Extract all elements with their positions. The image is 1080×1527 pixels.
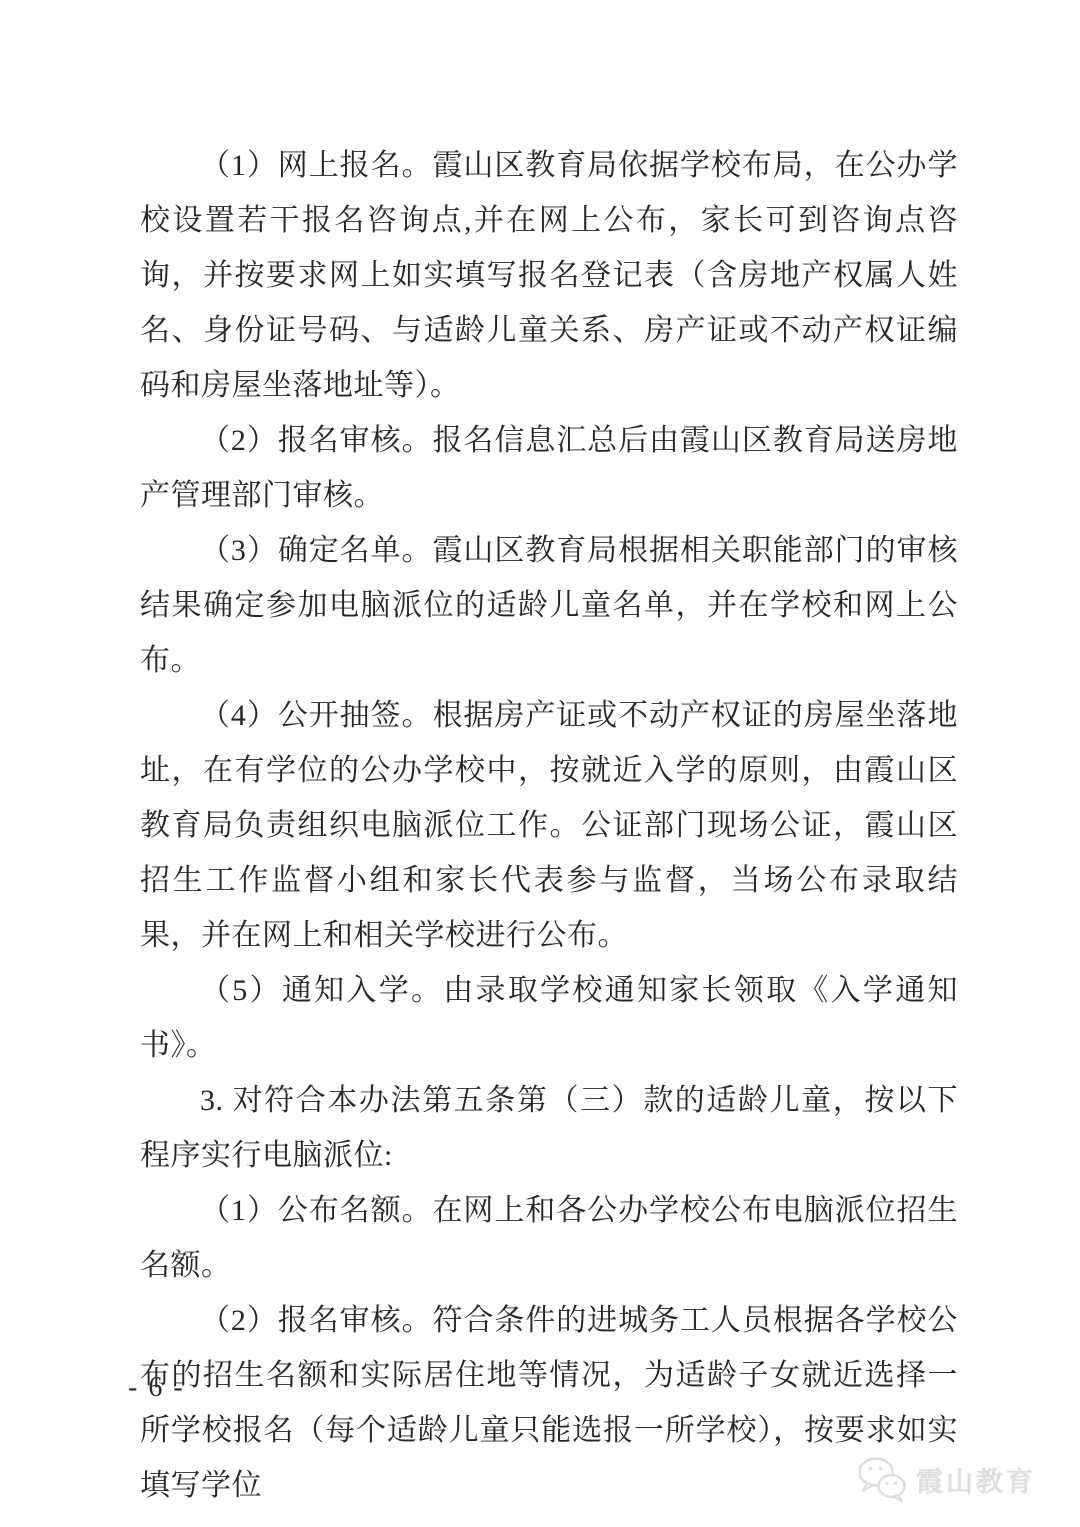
paragraph-public-lottery: （4）公开抽签。根据房产证或不动产权证的房屋坐落地址，在有学位的公办学校中，按就… bbox=[140, 688, 958, 963]
document-page: （1）网上报名。霞山区教育局依据学校布局，在公办学校设置若干报名咨询点,并在网上… bbox=[0, 0, 1080, 1527]
paragraph-online-registration: （1）网上报名。霞山区教育局依据学校布局，在公办学校设置若干报名咨询点,并在网上… bbox=[140, 138, 958, 413]
brand-watermark: 霞山教育 bbox=[856, 1455, 1036, 1503]
paragraph-confirm-list: （3）确定名单。霞山区教育局根据相关职能部门的审核结果确定参加电脑派位的适龄儿童… bbox=[140, 523, 958, 688]
brand-watermark-label: 霞山教育 bbox=[916, 1460, 1036, 1499]
paragraph-item3-intro: 3. 对符合本办法第五条第（三）款的适龄儿童，按以下程序实行电脑派位: bbox=[140, 1073, 958, 1183]
paragraph-admission-notice: （5）通知入学。由录取学校通知家长领取《入学通知书》。 bbox=[140, 963, 958, 1073]
page-number: - 6 - bbox=[128, 1372, 185, 1404]
paragraph-migrant-registration: （2）报名审核。符合条件的进城务工人员根据各学校公布的招生名额和实际居住地等情况… bbox=[140, 1293, 958, 1513]
paragraph-registration-review: （2）报名审核。报名信息汇总后由霞山区教育局送房地产管理部门审核。 bbox=[140, 413, 958, 523]
document-body: （1）网上报名。霞山区教育局依据学校布局，在公办学校设置若干报名咨询点,并在网上… bbox=[140, 138, 958, 1513]
paragraph-publish-quota: （1）公布名额。在网上和各公办学校公布电脑派位招生名额。 bbox=[140, 1183, 958, 1293]
wechat-icon bbox=[856, 1455, 908, 1503]
